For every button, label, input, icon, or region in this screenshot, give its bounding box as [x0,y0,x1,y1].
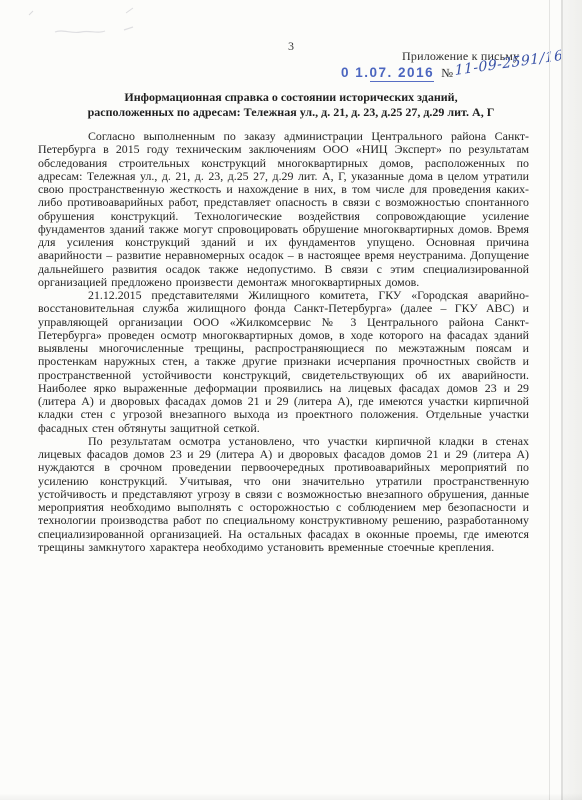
document-title-line1: Информационная справка о состоянии истор… [0,90,582,105]
document-body: Согласно выполненным по заказу администр… [38,130,529,554]
date-stamp: 0 1.07. 2016 [341,65,434,80]
paragraph-2: 21.12.2015 представителями Жилищного ком… [38,289,529,435]
scanned-document-page: 3 Приложение к письму 0 1.07. 2016 № 11-… [0,0,582,800]
number-sign: № [441,66,453,81]
scan-bottom-shadow [0,793,582,800]
registration-stamp-row: 0 1.07. 2016 № 11-09-2591/16-0-1 [341,65,582,81]
document-title: Информационная справка о состоянии истор… [0,90,582,119]
paragraph-1: Согласно выполненным по заказу администр… [38,130,529,289]
paragraph-3: По результатам осмотра установлено, что … [38,435,529,554]
date-stamp-value: 07. 2016 [370,65,435,82]
scan-edge-band [563,0,582,800]
date-stamp-prefix: 0 1. [341,65,370,80]
page-edge-line-outer [549,0,550,800]
document-title-line2: расположенных по адресам: Тележная ул., … [0,105,582,120]
